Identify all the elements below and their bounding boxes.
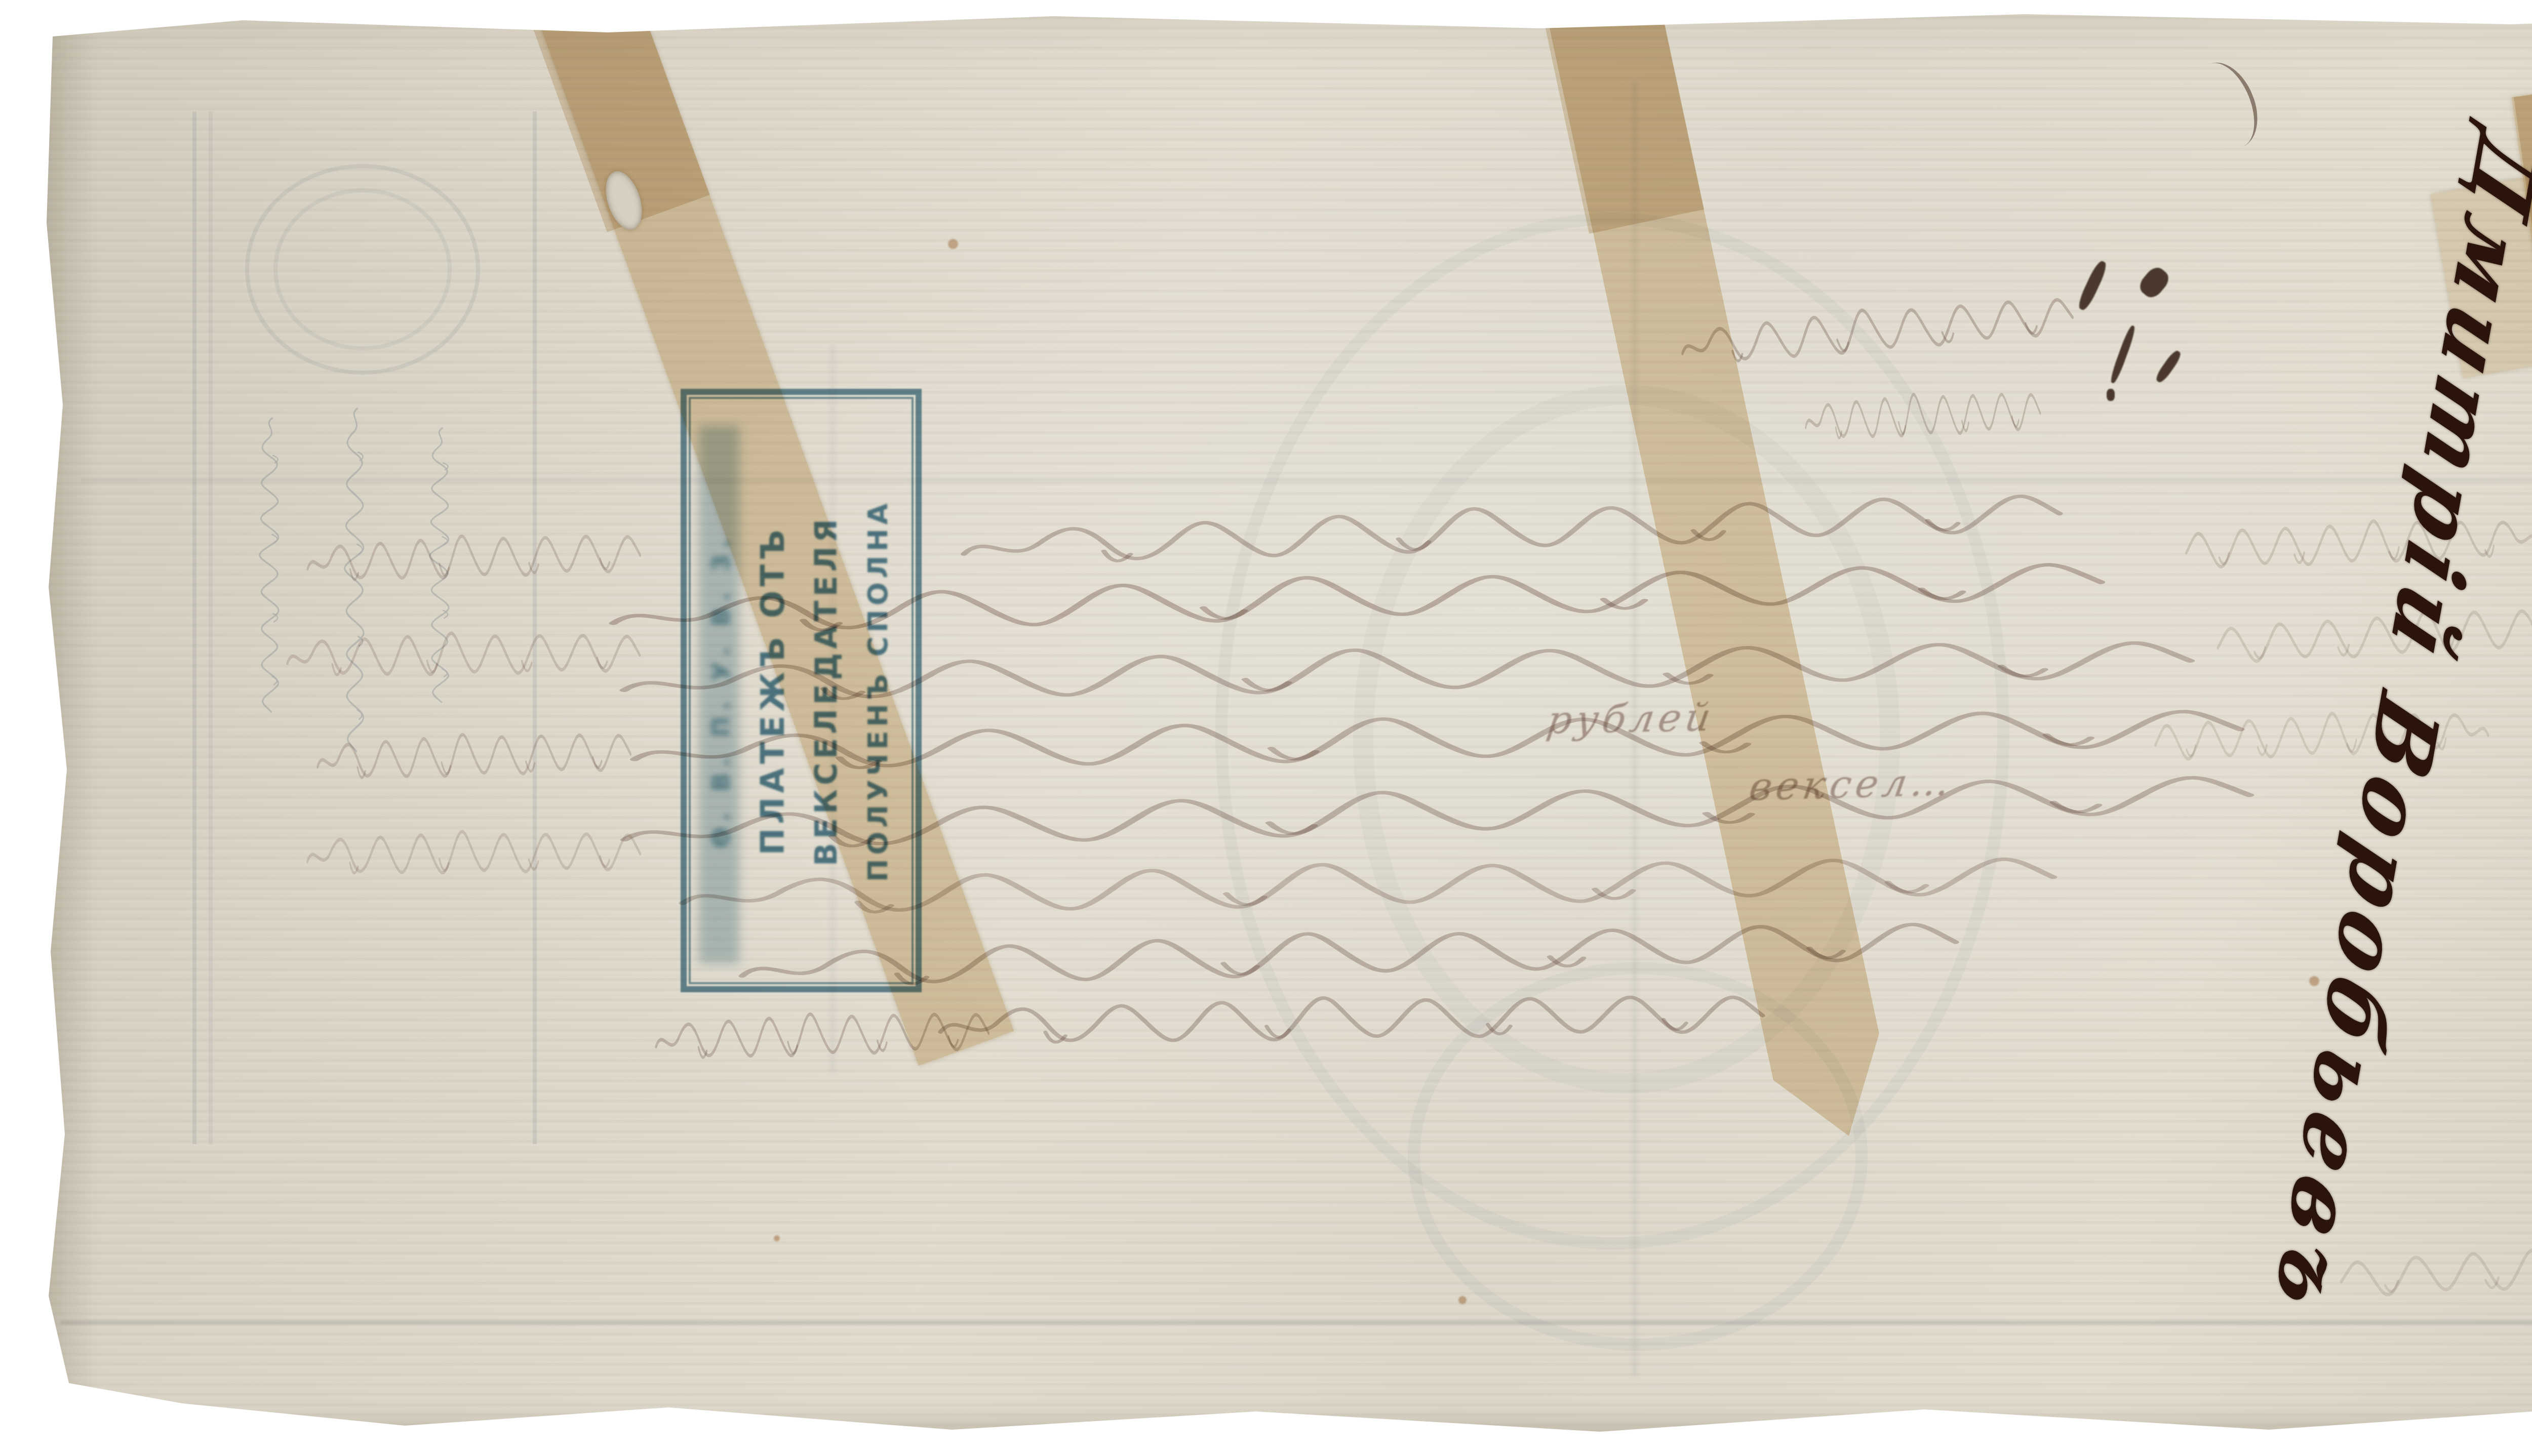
paper-vignette <box>0 0 2532 1450</box>
scan-canvas: ЦѢНА 45 КОП. рублей вексел… <box>0 0 2532 1456</box>
document-paper: ЦѢНА 45 КОП. рублей вексел… <box>0 0 2532 1450</box>
